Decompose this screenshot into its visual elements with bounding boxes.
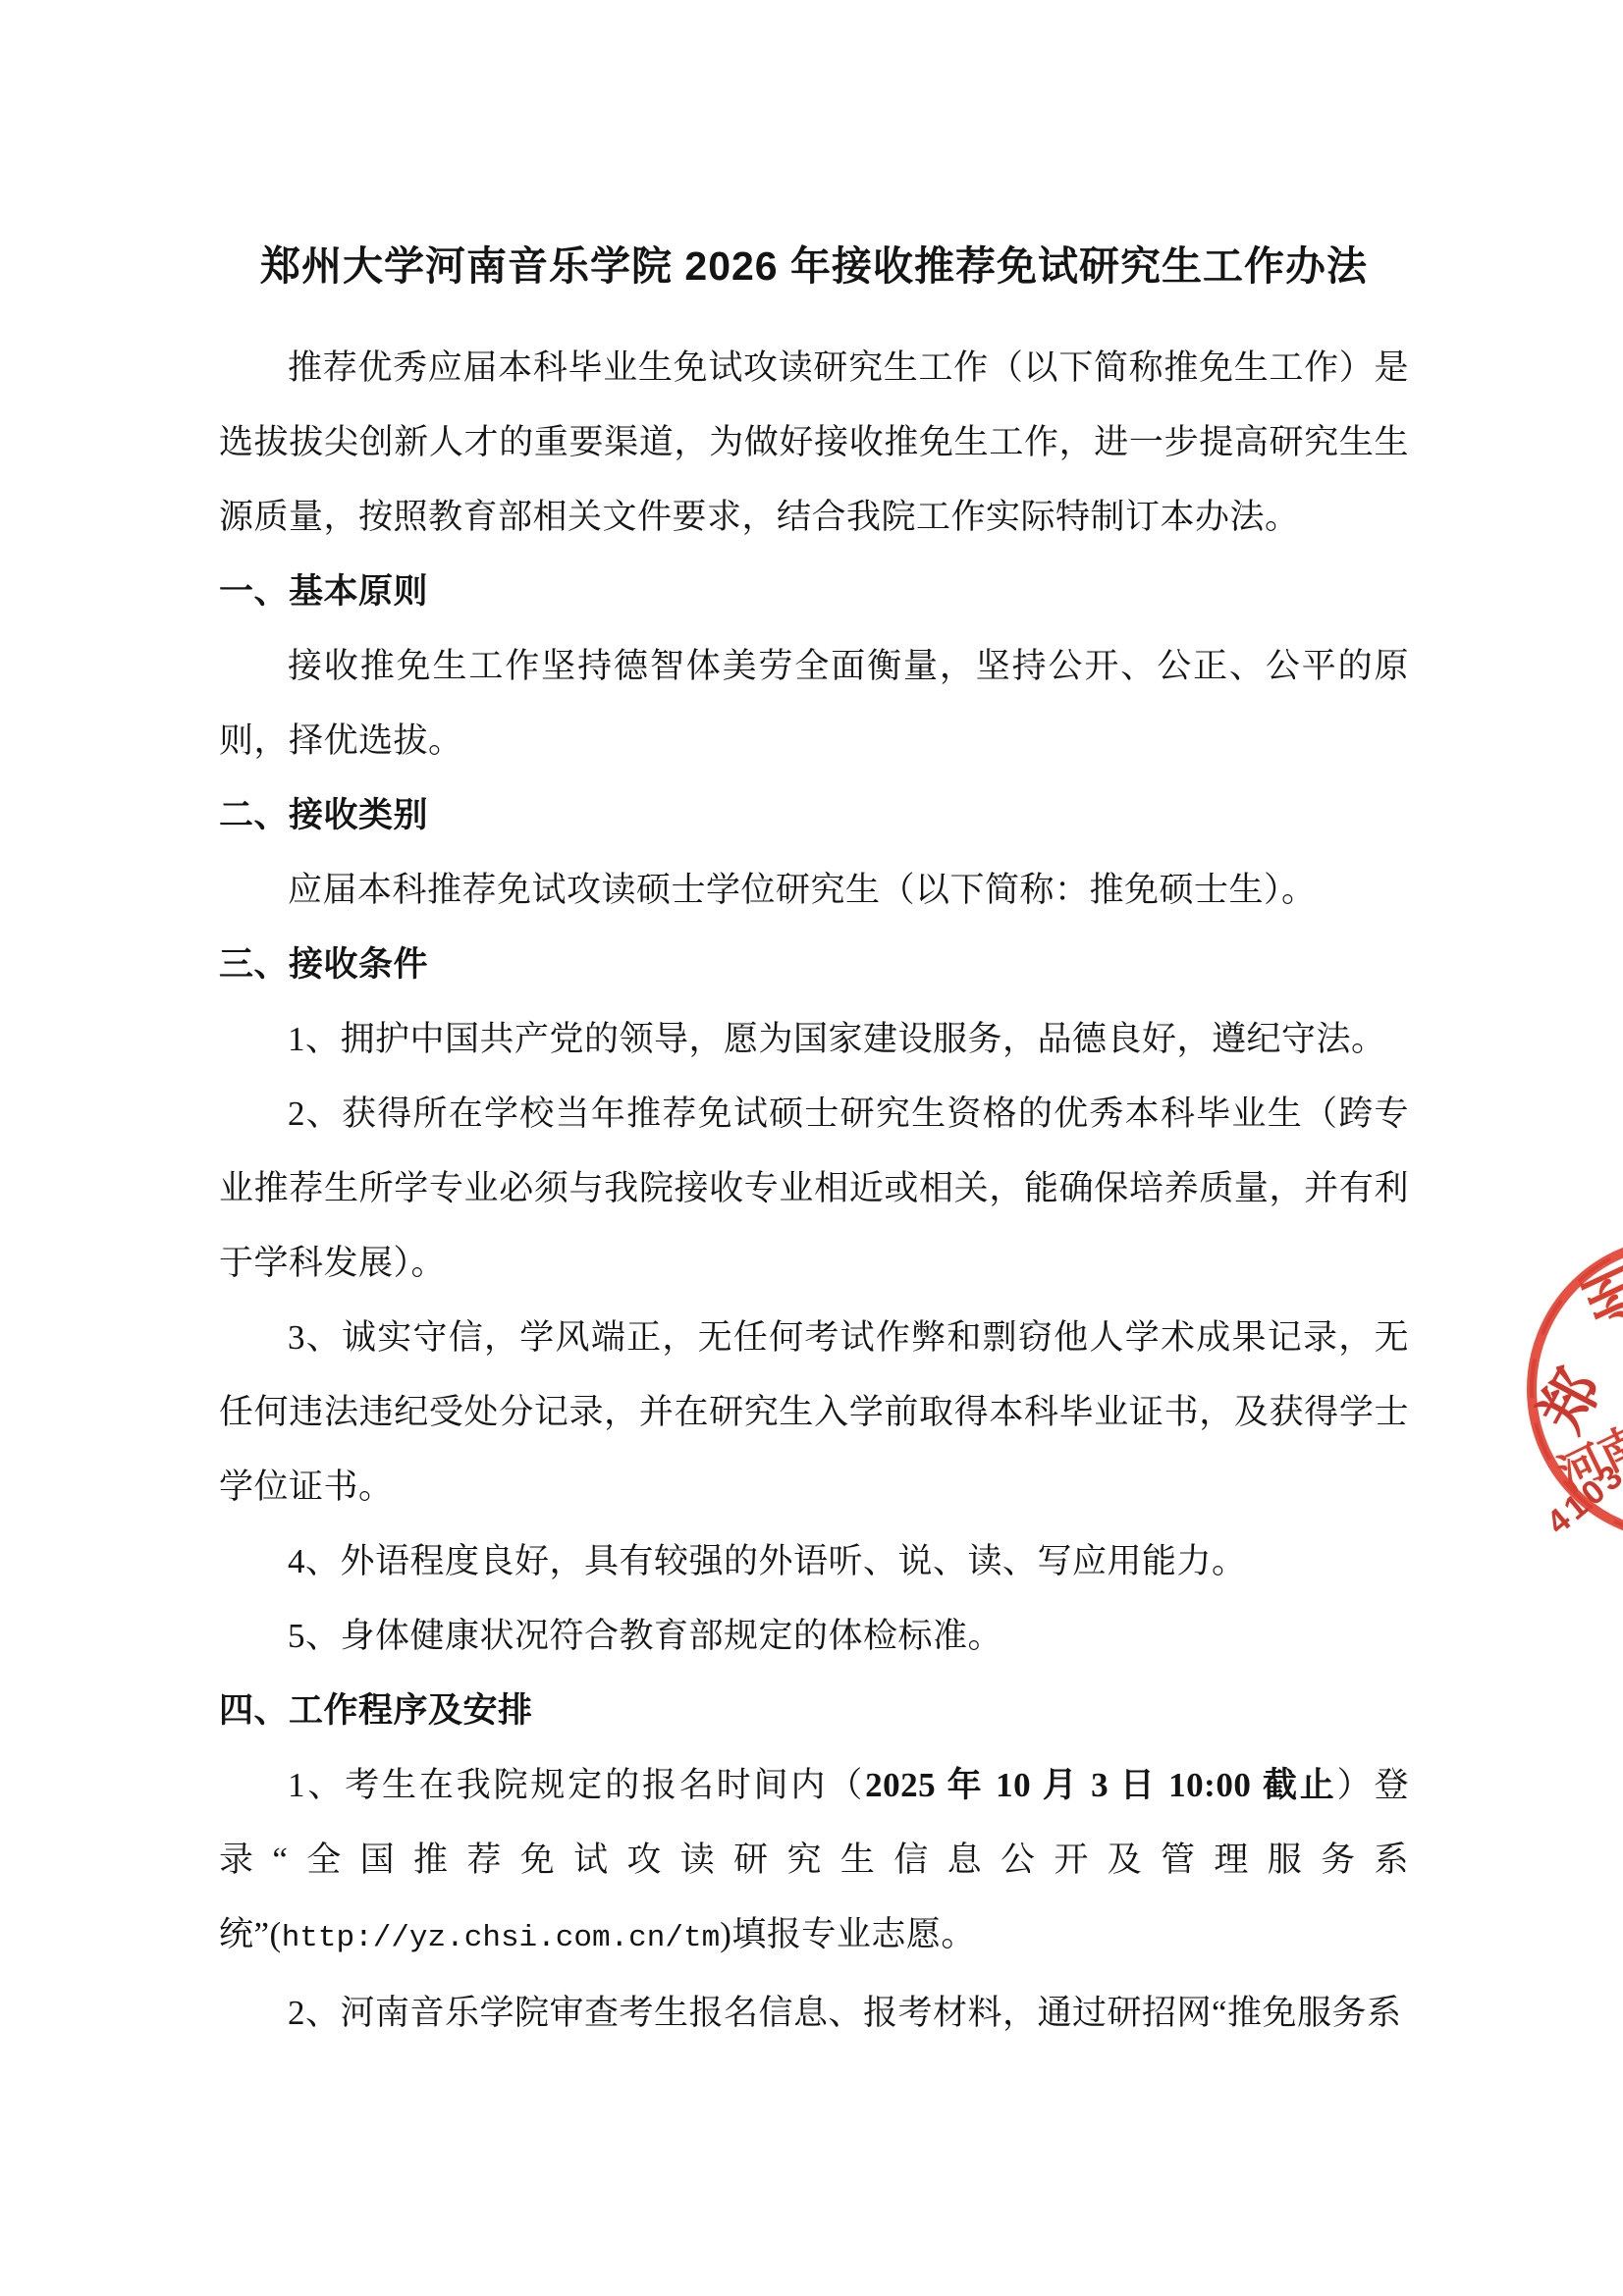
seal-char-top: 州 bbox=[1573, 1255, 1623, 1333]
condition-item-3: 3、诚实守信，学风端正，无任何考试作弊和剽窃他人学术成果记录，无任何违法违纪受处… bbox=[219, 1301, 1409, 1524]
section-2-paragraph: 应届本科推荐免试攻读硕士学位研究生（以下简称：推免硕士生）。 bbox=[219, 853, 1409, 928]
seal-circle bbox=[1532, 1242, 1623, 1536]
procedure-item-1-post: )填报专业志愿。 bbox=[720, 1915, 976, 1953]
section-heading-3: 三、接收条件 bbox=[219, 928, 1409, 1002]
seal-digits: 4103 bbox=[1540, 1456, 1623, 1542]
deadline-text: 2025 年 10 月 3 日 10:00 截止 bbox=[865, 1766, 1337, 1804]
official-seal-stamp: 州 郑 河南 4103 bbox=[1514, 1229, 1623, 1553]
condition-item-4: 4、外语程度良好，具有较强的外语听、说、读、写应用能力。 bbox=[219, 1524, 1409, 1599]
section-heading-4: 四、工作程序及安排 bbox=[219, 1674, 1409, 1748]
procedure-item-1: 1、考生在我院规定的报名时间内（2025 年 10 月 3 日 10:00 截止… bbox=[219, 1748, 1409, 1976]
section-1-paragraph: 接收推免生工作坚持德智体美劳全面衡量，坚持公开、公正、公平的原则，择优选拔。 bbox=[219, 629, 1409, 778]
seal-char-zheng: 郑 bbox=[1528, 1360, 1613, 1442]
intro-paragraph: 推荐优秀应届本科毕业生免试攻读研究生工作（以下简称推免生工作）是选拔拔尖创新人才… bbox=[219, 331, 1409, 555]
condition-item-5: 5、身体健康状况符合教育部规定的体检标准。 bbox=[219, 1599, 1409, 1674]
section-heading-1: 一、基本原则 bbox=[219, 555, 1409, 629]
document-page: 郑州大学河南音乐学院 2026 年接收推荐免试研究生工作办法 推荐优秀应届本科毕… bbox=[0, 0, 1623, 2296]
procedure-item-2: 2、河南音乐学院审查考生报名信息、报考材料，通过研招网“推免服务系 bbox=[219, 1976, 1409, 2051]
procedure-item-1-pre: 1、考生在我院规定的报名时间内（ bbox=[288, 1766, 865, 1804]
seal-text-henan: 河南 bbox=[1550, 1416, 1623, 1501]
document-title: 郑州大学河南音乐学院 2026 年接收推荐免试研究生工作办法 bbox=[219, 240, 1409, 292]
condition-item-1: 1、拥护中国共产党的领导，愿为国家建设服务，品德良好，遵纪守法。 bbox=[219, 1002, 1409, 1077]
section-heading-2: 二、接收类别 bbox=[219, 778, 1409, 853]
condition-item-2: 2、获得所在学校当年推荐免试硕士研究生资格的优秀本科毕业生（跨专业推荐生所学专业… bbox=[219, 1077, 1409, 1301]
system-url-text: http://yz.chsi.com.cn/tm bbox=[282, 1921, 720, 1955]
seal-circle-texture bbox=[1532, 1242, 1623, 1536]
